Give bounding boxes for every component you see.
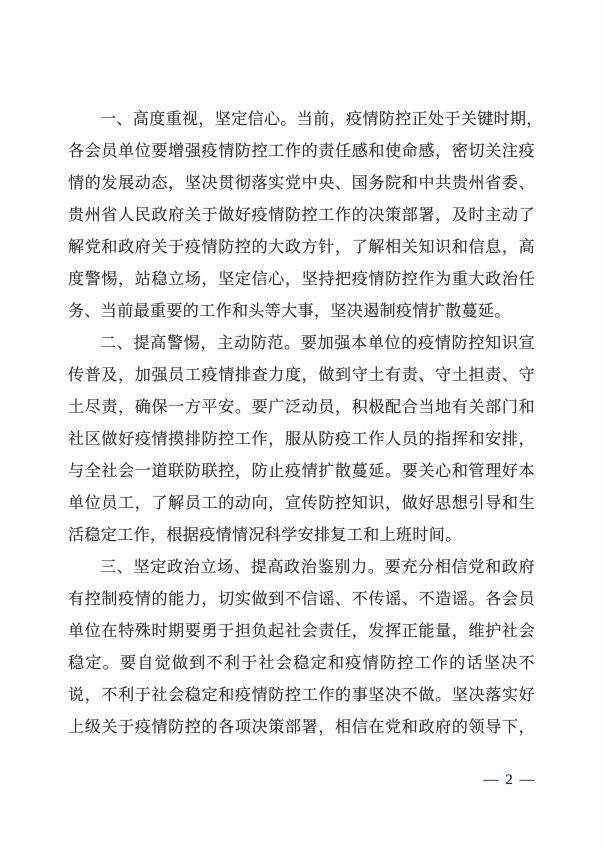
text-line: 稳定。要自觉做到不利于社会稳定和疫情防控工作的话坚决不	[68, 648, 535, 680]
text-line: 有控制疫情的能力，切实做到不信谣、不传谣、不造谣。各会员	[68, 584, 535, 616]
text-line: 度警惕，站稳立场，坚定信心，坚持把疫情防控作为重大政治任	[68, 264, 535, 296]
text-line: 贵州省人民政府关于做好疫情防控工作的决策部署，及时主动了	[68, 200, 535, 232]
paragraph-1: 一、高度重视，坚定信心。当前，疫情防控正处于关键时期， 各会员单位要增强疫情防控…	[68, 104, 535, 328]
text-line: 情的发展动态，坚决贯彻落实党中央、国务院和中共贵州省委、	[68, 168, 535, 200]
text-line: 单位员工，了解员工的动向，宣传防控知识，做好思想引导和生	[68, 488, 535, 520]
text-line: 单位在特殊时期要勇于担负起社会责任，发挥正能量，维护社会	[68, 616, 535, 648]
text-line: 务、当前最重要的工作和头等大事，坚决遏制疫情扩散蔓延。	[68, 296, 535, 328]
text-line: 社区做好疫情摸排防控工作，服从防疫工作人员的指挥和安排，	[68, 424, 535, 456]
text-line: 各会员单位要增强疫情防控工作的责任感和使命感，密切关注疫	[68, 136, 535, 168]
text-line: 活稳定工作，根据疫情情况科学安排复工和上班时间。	[68, 520, 535, 552]
text-line: 与全社会一道联防联控，防止疫情扩散蔓延。要关心和管理好本	[68, 456, 535, 488]
text-line: 一、高度重视，坚定信心。当前，疫情防控正处于关键时期，	[68, 104, 535, 136]
text-line: 三、坚定政治立场、提高政治鉴别力。要充分相信党和政府	[68, 552, 535, 584]
text-line: 说，不利于社会稳定和疫情防控工作的事坚决不做。坚决落实好	[68, 680, 535, 712]
page-number: — 2 —	[484, 770, 537, 790]
document-page: 一、高度重视，坚定信心。当前，疫情防控正处于关键时期， 各会员单位要增强疫情防控…	[0, 0, 604, 848]
text-line: 解党和政府关于疫情防控的大政方针，了解相关知识和信息，高	[68, 232, 535, 264]
paragraph-2: 二、提高警惕，主动防范。要加强本单位的疫情防控知识宣 传普及，加强员工疫情排查力…	[68, 328, 535, 552]
text-line: 二、提高警惕，主动防范。要加强本单位的疫情防控知识宣	[68, 328, 535, 360]
paragraph-3: 三、坚定政治立场、提高政治鉴别力。要充分相信党和政府 有控制疫情的能力，切实做到…	[68, 552, 535, 744]
text-line: 土尽责，确保一方平安。要广泛动员，积极配合当地有关部门和	[68, 392, 535, 424]
text-line: 上级关于疫情防控的各项决策部署，相信在党和政府的领导下，	[68, 712, 535, 744]
document-body: 一、高度重视，坚定信心。当前，疫情防控正处于关键时期， 各会员单位要增强疫情防控…	[68, 104, 535, 744]
text-line: 传普及，加强员工疫情排查力度，做到守土有责、守土担责、守	[68, 360, 535, 392]
